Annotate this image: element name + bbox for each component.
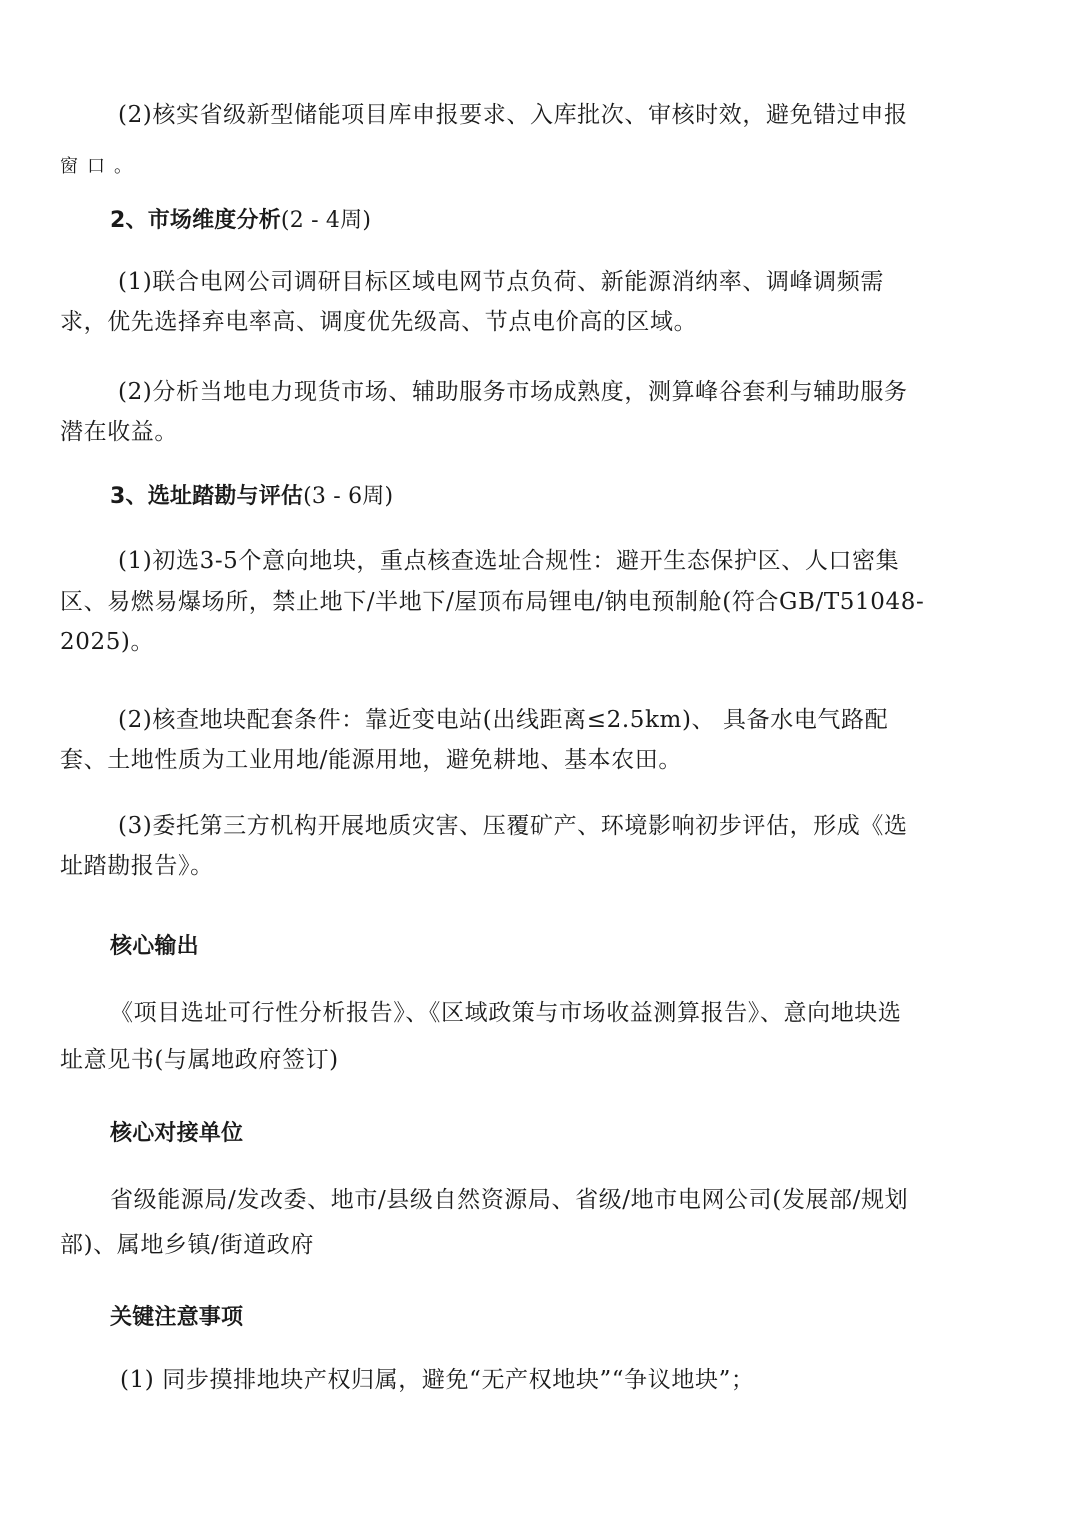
paragraph-line: (2)核查地块配套条件：靠近变电站(出线距离≤2.5km)、 具备水电气路配 — [118, 705, 888, 735]
paragraph-line: 区、易燃易爆场所，禁止地下/半地下/屋顶布局锂电/钠电预制舱(符合GB/T510… — [60, 587, 924, 617]
paragraph-line: (3)委托第三方机构开展地质灾害、压覆矿产、环境影响初步评估，形成《选 — [118, 811, 908, 841]
section-heading: 核心输出 — [110, 932, 199, 962]
section-heading-title: 核心输出 — [110, 934, 199, 959]
section-heading-title: 核心对接单位 — [110, 1121, 243, 1146]
paragraph-line: (1)初选3-5个意向地块，重点核查选址合规性：避开生态保护区、人口密集 — [118, 546, 899, 576]
section-heading-duration: (2 - 4周) — [281, 208, 371, 233]
section-heading: 2、市场维度分析(2 - 4周) — [110, 206, 371, 236]
paragraph-line: 2025)。 — [60, 627, 154, 657]
paragraph-line: (2)分析当地电力现货市场、辅助服务市场成熟度，测算峰谷套利与辅助服务 — [118, 377, 908, 407]
paragraph-line: 《项目选址可行性分析报告》、《区域政策与市场收益测算报告》、意向地块选 — [110, 998, 902, 1028]
paragraph-line: 部)、属地乡镇/街道政府 — [60, 1230, 314, 1260]
paragraph-line: 窗口。 — [60, 152, 141, 182]
paragraph-line: (2)核实省级新型储能项目库申报要求、入库批次、审核时效，避免错过申报 — [118, 100, 908, 130]
section-heading-duration: (3 - 6周) — [303, 484, 393, 509]
paragraph-line: 址踏勘报告》。 — [60, 851, 214, 881]
paragraph-line: 套、土地性质为工业用地/能源用地，避免耕地、基本农田。 — [60, 745, 682, 775]
paragraph-line: 求，优先选择弃电率高、调度优先级高、节点电价高的区域。 — [60, 307, 697, 337]
paragraph-line: 址意见书(与属地政府签订) — [60, 1045, 339, 1075]
document-page: (2)核实省级新型储能项目库申报要求、入库批次、审核时效，避免错过申报 窗口。 … — [0, 0, 1080, 1534]
paragraph-line: 潜在收益。 — [60, 417, 178, 447]
paragraph-line: 省级能源局/发改委、地市/县级自然资源局、省级/地市电网公司(发展部/规划 — [110, 1185, 908, 1215]
section-heading: 核心对接单位 — [110, 1119, 243, 1149]
paragraph-line: (1) 同步摸排地块产权归属，避免“无产权地块”“争议地块”； — [120, 1365, 755, 1395]
section-heading: 关键注意事项 — [110, 1303, 243, 1333]
section-heading-title: 关键注意事项 — [110, 1305, 243, 1330]
section-heading-title: 2、市场维度分析 — [110, 208, 281, 233]
paragraph-line: (1)联合电网公司调研目标区域电网节点负荷、新能源消纳率、调峰调频需 — [118, 267, 884, 297]
section-heading-title: 3、选址踏勘与评估 — [110, 484, 303, 509]
section-heading: 3、选址踏勘与评估(3 - 6周) — [110, 482, 393, 512]
